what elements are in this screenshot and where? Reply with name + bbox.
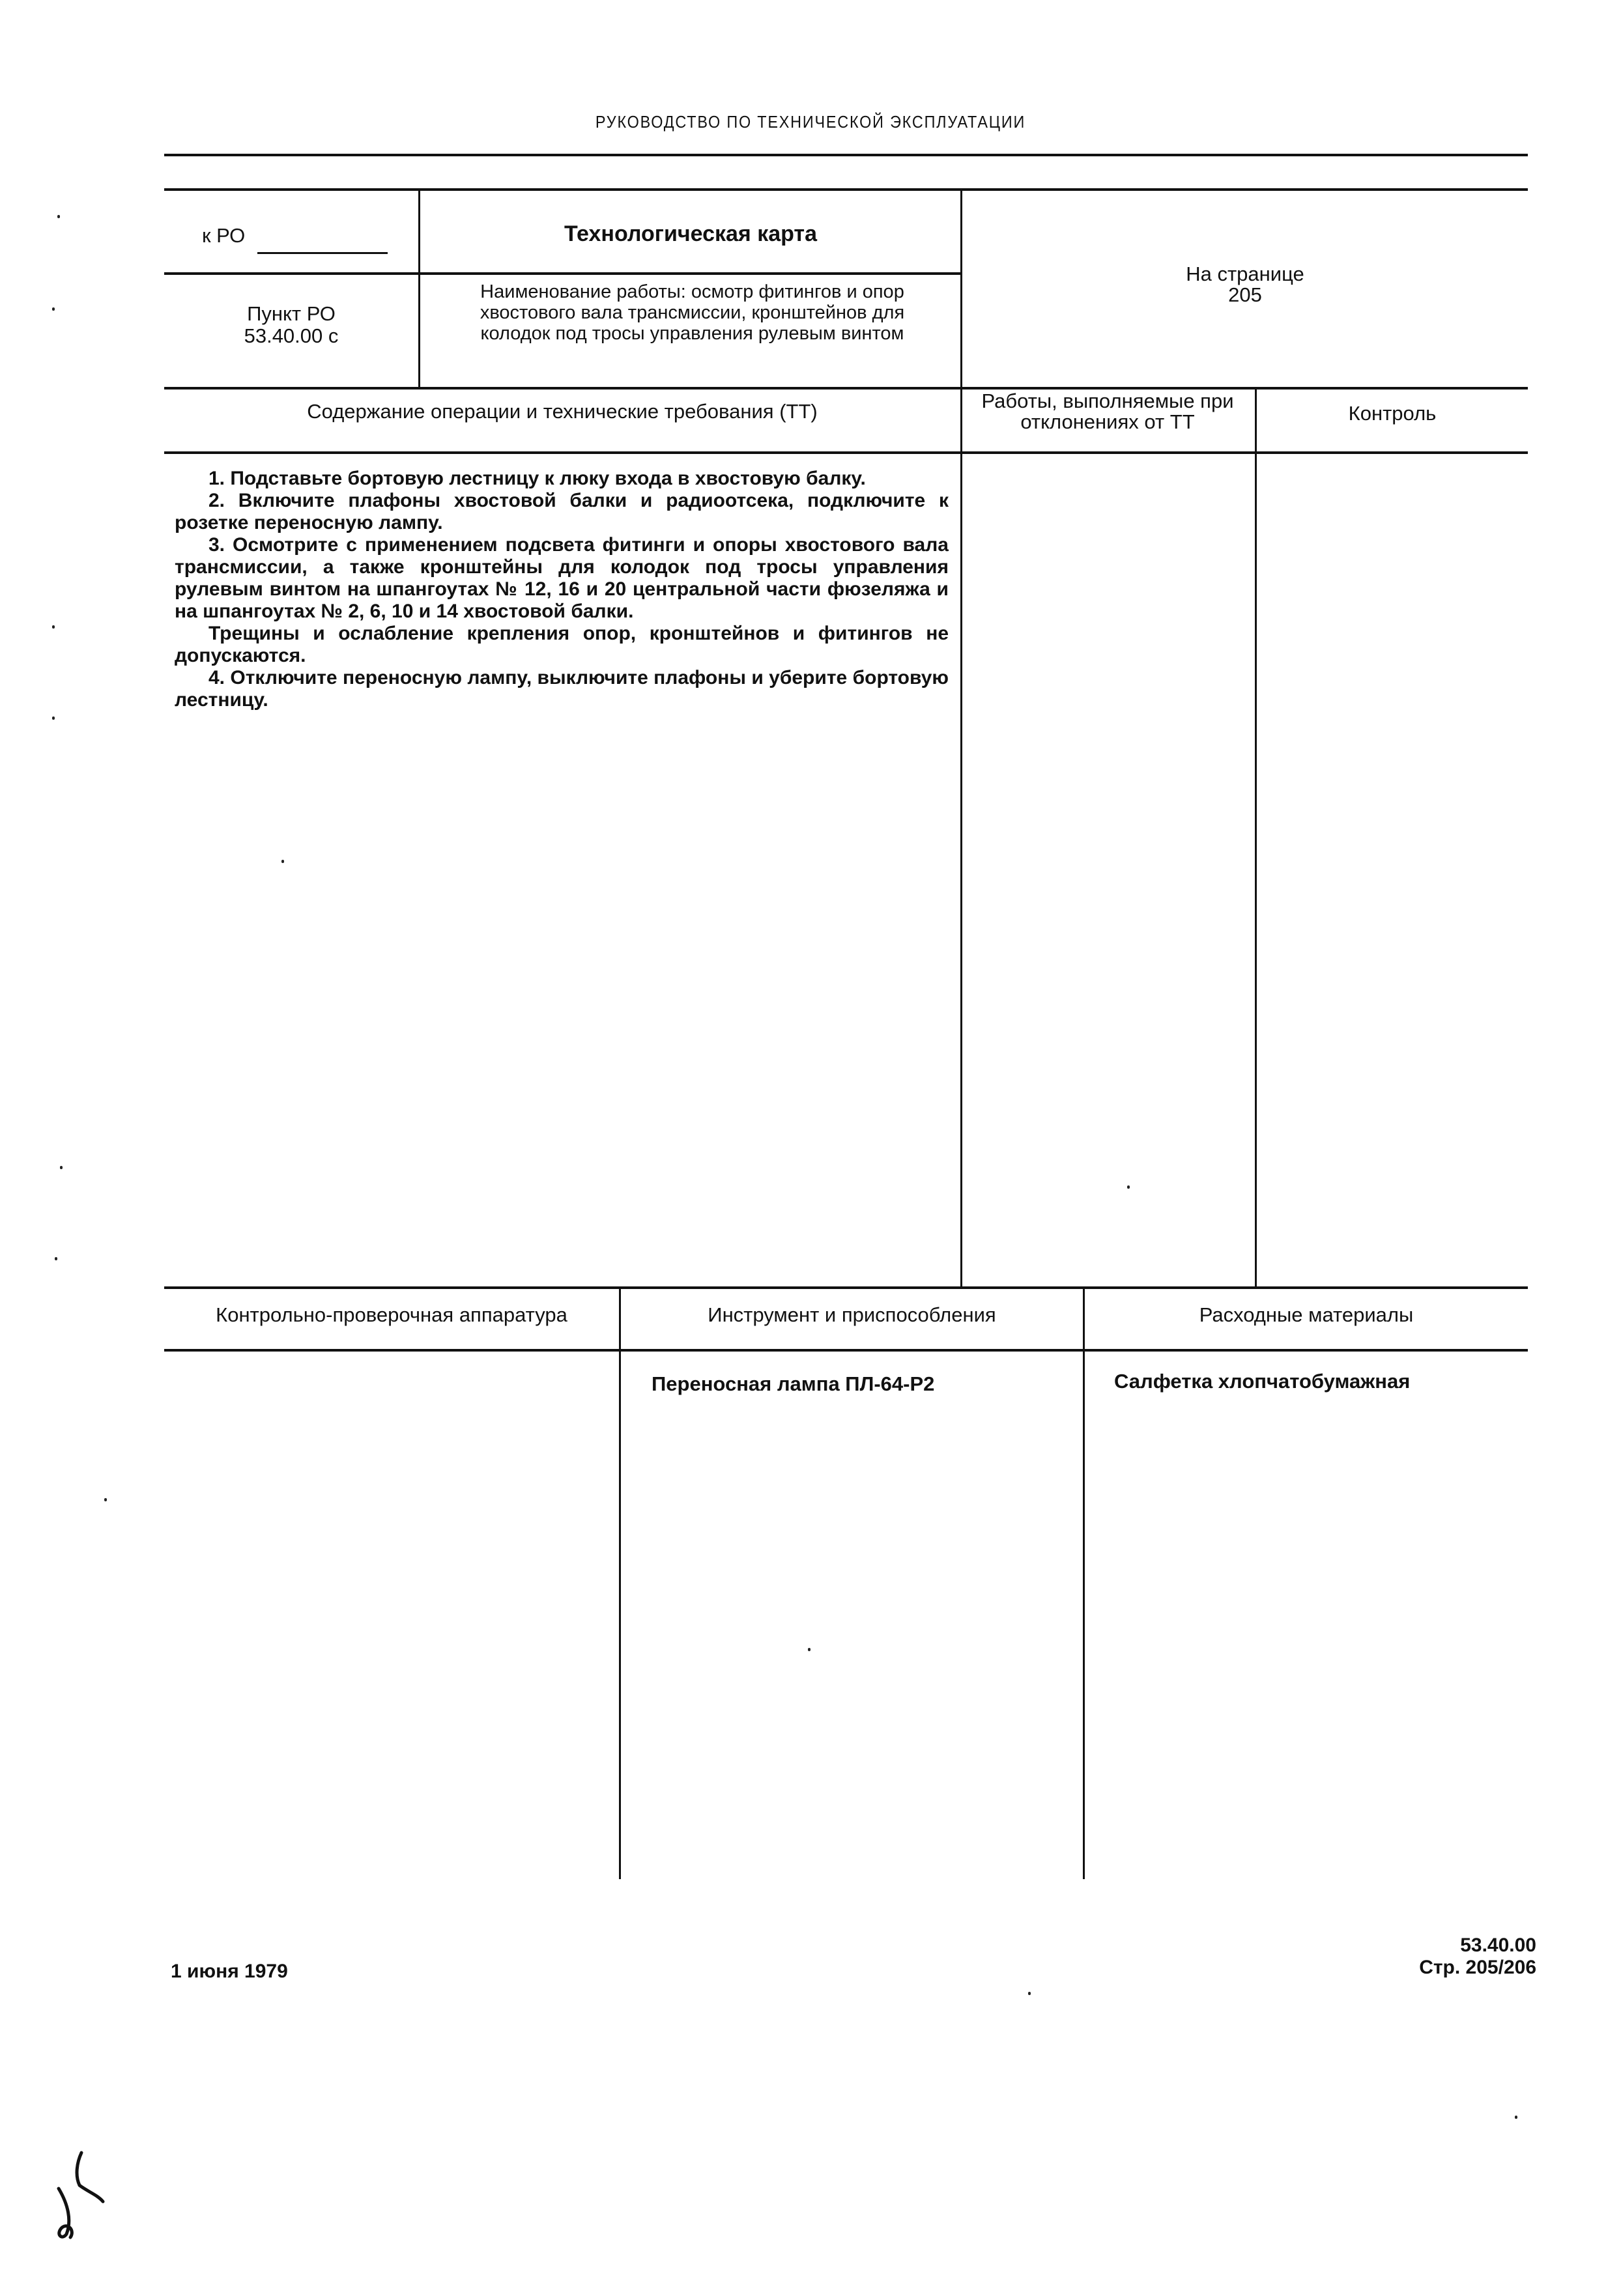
scan-speck bbox=[55, 1257, 57, 1260]
table-top-border bbox=[164, 188, 1528, 191]
divider-title-row bbox=[164, 272, 962, 275]
column-header-equipment: Контрольно-проверочная аппаратура bbox=[164, 1304, 619, 1326]
scan-speck bbox=[281, 860, 284, 863]
column-header-materials: Расходные материалы bbox=[1085, 1304, 1528, 1326]
scan-speck bbox=[52, 625, 55, 629]
operation-item: 2. Включите плафоны хвостовой балки и ра… bbox=[175, 490, 949, 534]
column-header-tools: Инструмент и приспособления bbox=[621, 1304, 1083, 1326]
page-reference-number: 205 bbox=[962, 285, 1528, 305]
punkt-ro-label-text: Пункт РО bbox=[164, 303, 418, 325]
column-header-control: Контроль bbox=[1257, 403, 1528, 425]
divider-bottom-section-top bbox=[164, 1286, 1528, 1289]
divider-header-right bbox=[960, 188, 962, 1288]
footer-section: 53.40.00 bbox=[1419, 1935, 1536, 1957]
card-title: Технологическая карта bbox=[420, 223, 961, 245]
tools-value: Переносная лампа ПЛ-64-Р2 bbox=[652, 1373, 1075, 1395]
running-head: РУКОВОДСТВО ПО ТЕХНИЧЕСКОЙ ЭКСПЛУАТАЦИИ bbox=[81, 112, 1540, 132]
scan-speck bbox=[808, 1648, 810, 1651]
k-ro-label: к РО bbox=[202, 225, 254, 247]
divider-deviation-control bbox=[1255, 387, 1257, 1288]
operation-item: 3. Осмотрите с применением подсвета фити… bbox=[175, 534, 949, 623]
scan-speck bbox=[1028, 1992, 1031, 1995]
scan-speck bbox=[52, 716, 55, 720]
punkt-ro-value: 53.40.00 с bbox=[164, 325, 418, 347]
column-header-deviations: Работы, выполняемые при отклонениях от Т… bbox=[977, 391, 1238, 432]
footer-reference: 53.40.00 Стр. 205/206 bbox=[1419, 1935, 1536, 1979]
divider-column-headers bbox=[164, 451, 1528, 454]
operations-list: 1. Подставьте бортовую лестницу к люку в… bbox=[175, 468, 949, 711]
work-name: Наименование работы: осмотр фитингов и о… bbox=[450, 281, 935, 344]
page-reference: На странице 205 bbox=[962, 264, 1528, 305]
column-header-content: Содержание операции и технические требов… bbox=[164, 401, 960, 423]
materials-value: Салфетка хлопчатобумажная bbox=[1114, 1370, 1518, 1393]
handwritten-mark-icon bbox=[52, 2149, 111, 2250]
scan-speck bbox=[1127, 1185, 1130, 1189]
operation-requirement: Трещины и ослабление крепления опор, кро… bbox=[175, 623, 949, 667]
punkt-ro-label: Пункт РО 53.40.00 с bbox=[164, 303, 418, 347]
page-reference-label: На странице bbox=[962, 264, 1528, 285]
operation-item: 1. Подставьте бортовую лестницу к люку в… bbox=[175, 468, 949, 490]
divider-header-bottom bbox=[164, 387, 1528, 390]
footer-page: Стр. 205/206 bbox=[1419, 1957, 1536, 1979]
divider-bottom-headers bbox=[164, 1349, 1528, 1352]
divider-header-left bbox=[418, 188, 420, 389]
header-rule bbox=[164, 154, 1528, 156]
divider-equipment-tools bbox=[619, 1286, 621, 1879]
operation-item: 4. Отключите переносную лампу, выключите… bbox=[175, 667, 949, 711]
scan-speck bbox=[104, 1498, 107, 1501]
scan-speck bbox=[60, 1166, 63, 1169]
footer-date: 1 июня 1979 bbox=[171, 1961, 288, 1983]
divider-tools-materials bbox=[1083, 1286, 1085, 1879]
scan-speck bbox=[57, 215, 60, 218]
scan-speck bbox=[1515, 2116, 1517, 2119]
scan-speck bbox=[52, 307, 55, 311]
k-ro-blank-line bbox=[257, 252, 388, 254]
